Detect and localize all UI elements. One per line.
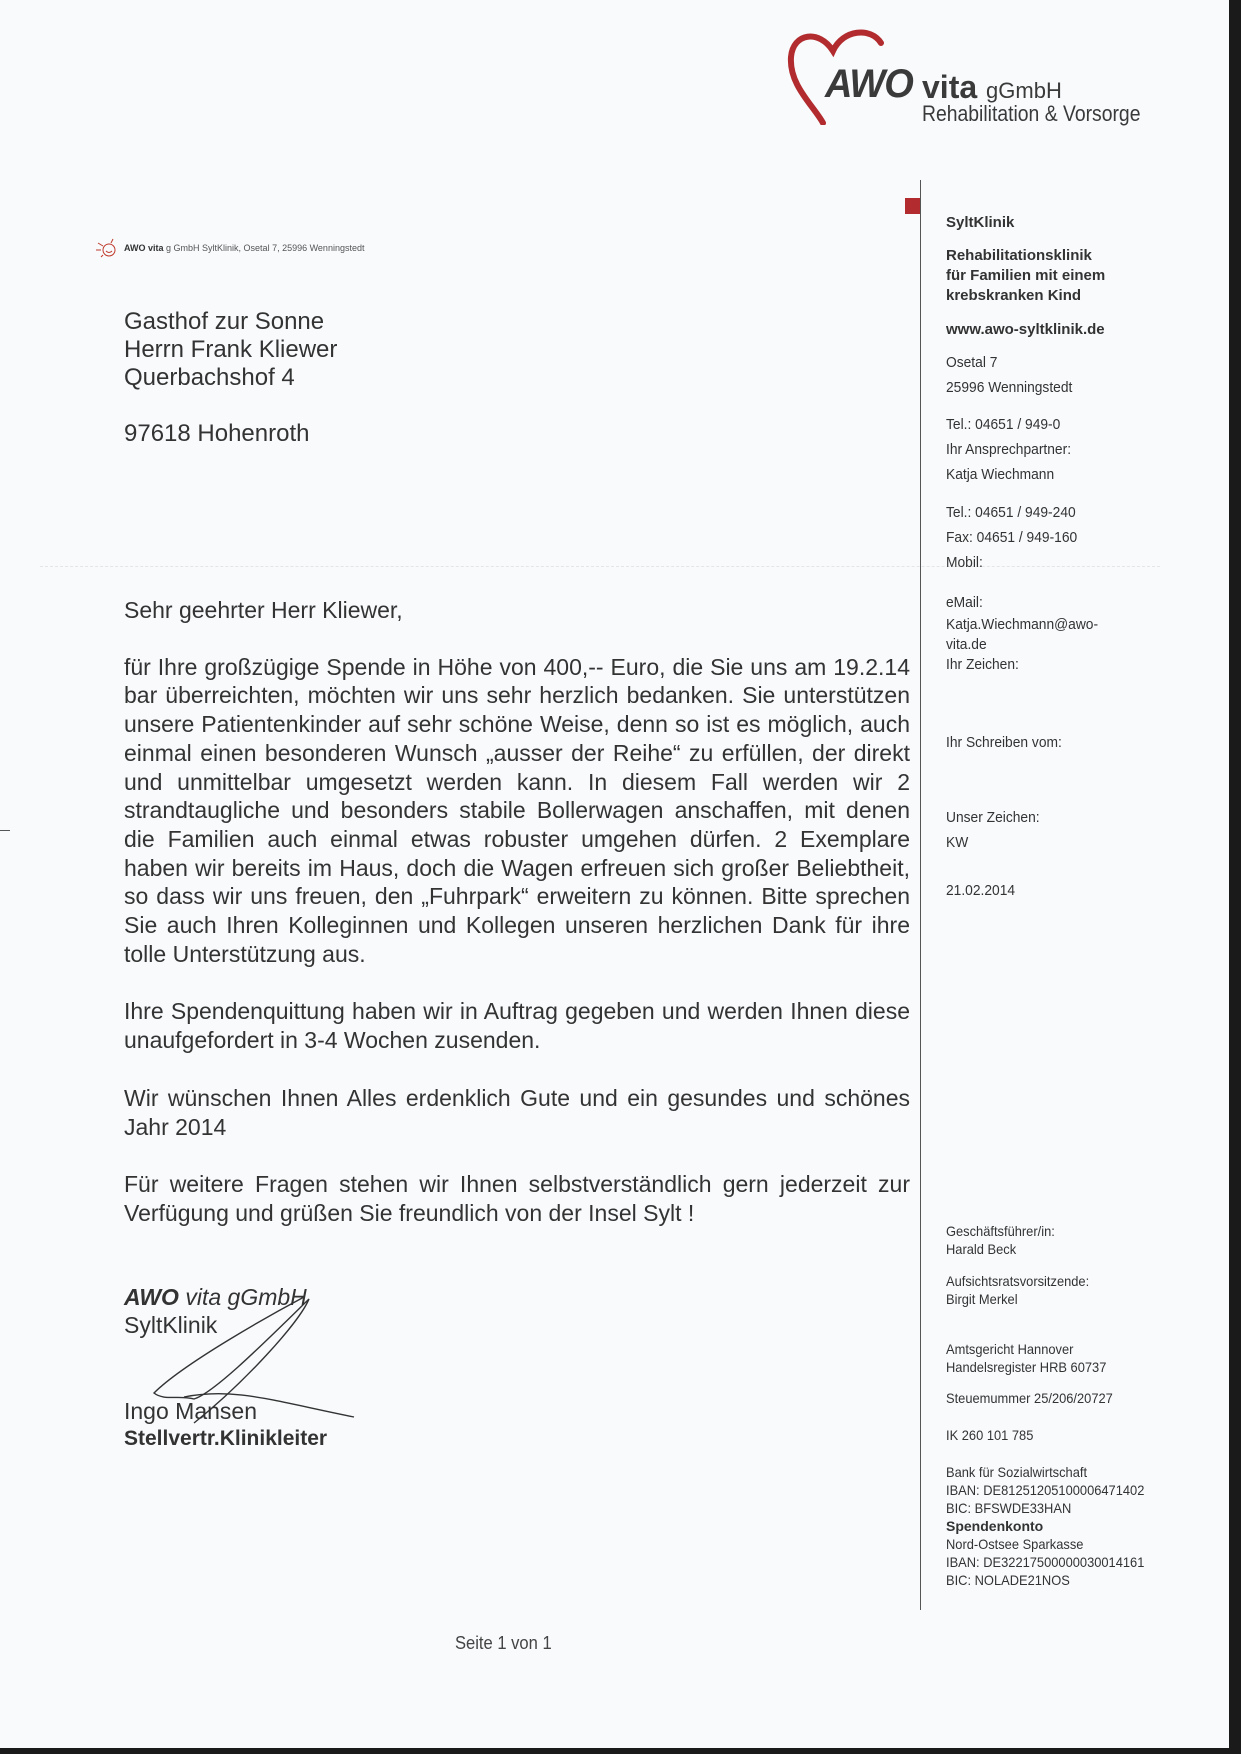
paragraph: für Ihre großzügige Spende in Höhe von 4… xyxy=(124,653,910,969)
email-link[interactable]: Katja.Wiechmann@awo- xyxy=(946,615,1158,635)
sidebar-description: Rehabilitationsklinik für Familien mit e… xyxy=(946,246,1176,306)
sidebar-clinic: SyltKlinik xyxy=(946,213,1176,233)
paragraph: Für weitere Fragen stehen wir Ihnen selb… xyxy=(124,1170,910,1227)
sidebar-email: eMail: Katja.Wiechmann@awo- vita.de Ihr … xyxy=(946,590,1176,675)
sidebar-bank: Bank für Sozialwirtschaft IBAN: DE812512… xyxy=(946,1463,1176,1589)
sidebar-phone-fax: Tel.: 04651 / 949-240 Fax: 04651 / 949-1… xyxy=(946,500,1176,575)
sidebar-contact: Tel.: 04651 / 949-0 Ihr Ansprechpartner:… xyxy=(946,412,1176,487)
letter-date: 21.02.2014 xyxy=(946,878,1176,903)
brand-name: AWO xyxy=(825,62,913,107)
letter-body: Sehr geehrter Herr Kliewer, für Ihre gro… xyxy=(124,596,910,1228)
sidebar-register: Amtsgericht Hannover Handelsregister HRB… xyxy=(946,1340,1176,1376)
recipient-line: Querbachshof 4 xyxy=(124,364,337,392)
handwritten-signature xyxy=(124,1283,364,1433)
salutation: Sehr geehrter Herr Kliewer, xyxy=(124,596,910,625)
sidebar-ik: IK 260 101 785 xyxy=(946,1426,1176,1444)
sidebar-address: Osetal 7 25996 Wenningstedt xyxy=(946,350,1176,400)
sidebar-divider xyxy=(920,180,921,1610)
company-tagline: Rehabilitation & Vorsorge xyxy=(922,101,1140,127)
letter-page: AWO vita gGmbH Rehabilitation & Vorsorge… xyxy=(0,0,1241,1754)
scan-border xyxy=(0,1748,1241,1754)
recipient-city: 97618 Hohenroth xyxy=(124,420,337,448)
sidebar-website[interactable]: www.awo-syltklinik.de xyxy=(946,320,1176,340)
sidebar-tax: Steuemummer 25/206/20727 xyxy=(946,1389,1176,1407)
sidebar-ceo: Geschäftsführer/in: Harald Beck xyxy=(946,1222,1176,1258)
sender-line: AWO vita g GmbH SyltKlinik, Osetal 7, 25… xyxy=(95,237,364,259)
red-marker xyxy=(905,198,920,214)
scan-border xyxy=(1229,0,1241,1754)
recipient-line: Gasthof zur Sonne xyxy=(124,308,337,336)
recipient-line: Herrn Frank Kliewer xyxy=(124,336,337,364)
awo-logo: AWO vita gGmbH Rehabilitation & Vorsorge xyxy=(785,25,1165,125)
sidebar-board: Aufsichtsratsvorsitzende: Birgit Merkel xyxy=(946,1272,1176,1308)
fold-mark xyxy=(0,830,10,831)
paragraph: Ihre Spendenquittung haben wir in Auftra… xyxy=(124,997,910,1054)
paragraph: Wir wünschen Ihnen Alles erdenklich Gute… xyxy=(124,1084,910,1141)
page-number: Seite 1 von 1 xyxy=(455,1633,552,1654)
sidebar-your-letter: Ihr Schreiben vom: xyxy=(946,730,1176,755)
sidebar-our-ref: Unser Zeichen: KW xyxy=(946,805,1176,855)
signature-block: AWO vita gGmbH SyltKlinik Ingo Mansen St… xyxy=(124,1283,327,1453)
recipient-address: Gasthof zur Sonne Herrn Frank Kliewer Qu… xyxy=(124,308,337,448)
sun-smiley-icon xyxy=(95,237,121,259)
